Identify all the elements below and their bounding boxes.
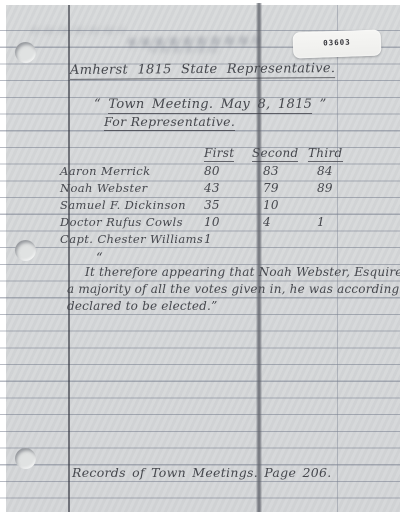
punch-hole-top [15,42,36,63]
vote-count: 84 [317,165,333,178]
catalog-number: 03603 [323,37,351,47]
vote-count: 1 [317,216,325,229]
punch-hole-bottom [15,448,36,469]
meeting-heading: “ Town Meeting. May 8, 1815 ” [94,98,327,112]
candidate-name: Samuel F. Dickinson [60,199,186,212]
paragraph-line: declared to be elected.” [67,300,217,313]
paragraph-line: a majority of all the votes given in, he… [67,283,400,296]
candidate-name: Doctor Rufus Cowls [60,216,183,229]
vote-count: 83 [263,165,279,178]
vote-count: 80 [204,165,220,178]
close-quote: ” [320,97,327,112]
meeting-heading-text: Town Meeting. May 8, 1815 [108,97,312,114]
vote-count: 43 [204,182,220,195]
vote-count: 35 [204,199,220,212]
source-citation: Records of Town Meetings. Page 206. [72,466,331,480]
vote-count: 4 [263,216,271,229]
vote-count: 79 [263,182,279,195]
page-title-text: Amherst 1815 State Representative. [70,61,335,80]
right-vertical-rule [337,5,338,512]
page-title: Amherst 1815 State Representative. [70,62,335,78]
paper-background [6,5,400,512]
paragraph-line: It therefore appearing that Noah Webster… [85,266,400,279]
scanned-notebook-page: 03603 Amherst 1815 State Representative.… [0,0,400,512]
candidate-name: Aaron Merrick [60,165,151,178]
vote-count: 1 [204,233,212,246]
open-quote: “ [94,97,101,112]
left-margin-rule [68,5,70,512]
column-header-second: Second [252,147,298,160]
vote-count: 10 [263,199,279,212]
punch-hole-middle [15,240,36,261]
column-header-third: Third [308,147,343,160]
vote-count: 89 [317,182,333,195]
vote-count: 10 [204,216,220,229]
for-representative-heading: For Representative. [104,115,235,129]
center-fold-crease [256,3,262,512]
candidate-name: Capt. Chester Williams [60,233,203,246]
catalog-sticker: 03603 [293,29,382,58]
candidate-name: Noah Webster [60,182,148,195]
column-header-first: First [204,147,234,160]
